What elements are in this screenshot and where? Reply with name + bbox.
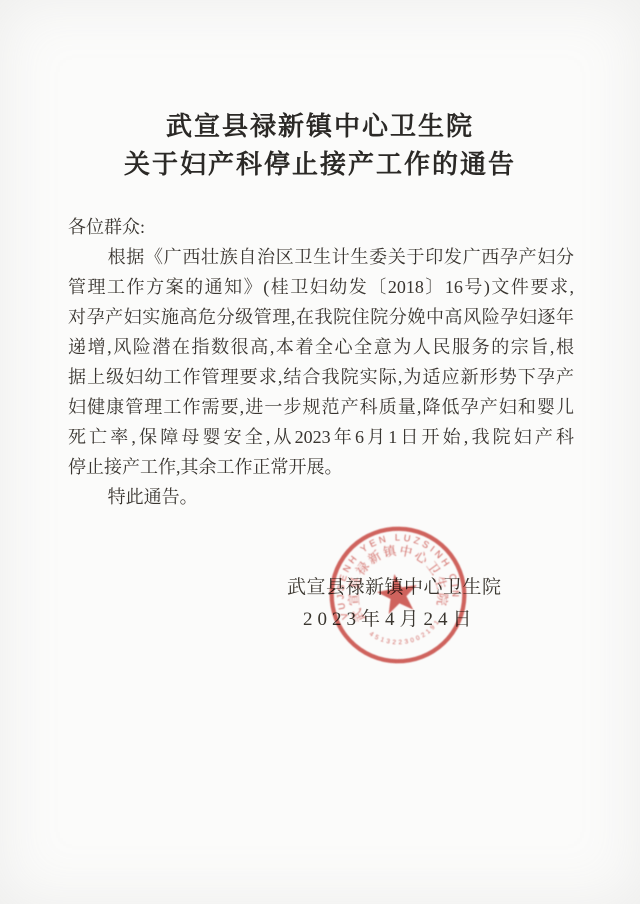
notice-document-page: 武宣县禄新镇中心卫生院 关于妇产科停止接产工作的通告 各位群众: 根据《广西壮族…	[0, 0, 640, 904]
notice-body: 各位群众: 根据《广西壮族自治区卫生计生委关于印发广西孕产妇分级 管理工作方案的…	[68, 212, 574, 512]
seal-serial-number-text: 4513223002191	[367, 618, 444, 652]
closing-line: 特此通告。	[68, 482, 574, 512]
body-line: 据上级妇幼工作管理要求,结合我院实际,为适应新形势下孕产	[68, 362, 574, 392]
official-seal-stamp: VUJSENH YEN LUZSINH CIN 武宣县禄新镇中心卫生院 4513…	[300, 497, 497, 694]
body-line: 停止接产工作,其余工作正常开展。	[68, 452, 574, 482]
seal-star-icon	[374, 571, 421, 616]
title-line-1: 武宣县禄新镇中心卫生院	[0, 108, 640, 146]
body-line: 妇健康管理工作需要,进一步规范产科质量,降低孕产妇和婴儿	[68, 392, 574, 422]
body-line: 死亡率,保障母婴安全,从2023年6月1日开始,我院妇产科	[68, 422, 574, 452]
body-line: 递增,风险潜在指数很高,本着全心全意为人民服务的宗旨,根	[68, 332, 574, 362]
notice-title: 武宣县禄新镇中心卫生院 关于妇产科停止接产工作的通告	[0, 108, 640, 184]
body-line: 根据《广西壮族自治区卫生计生委关于印发广西孕产妇分级	[68, 242, 574, 272]
title-line-2: 关于妇产科停止接产工作的通告	[0, 146, 640, 184]
body-line: 管理工作方案的通知》(桂卫妇幼发〔2018〕16号)文件要求,	[68, 272, 574, 302]
body-line: 对孕产妇实施高危分级管理,在我院住院分娩中高风险孕妇逐年	[68, 302, 574, 332]
salutation-line: 各位群众:	[68, 212, 574, 242]
